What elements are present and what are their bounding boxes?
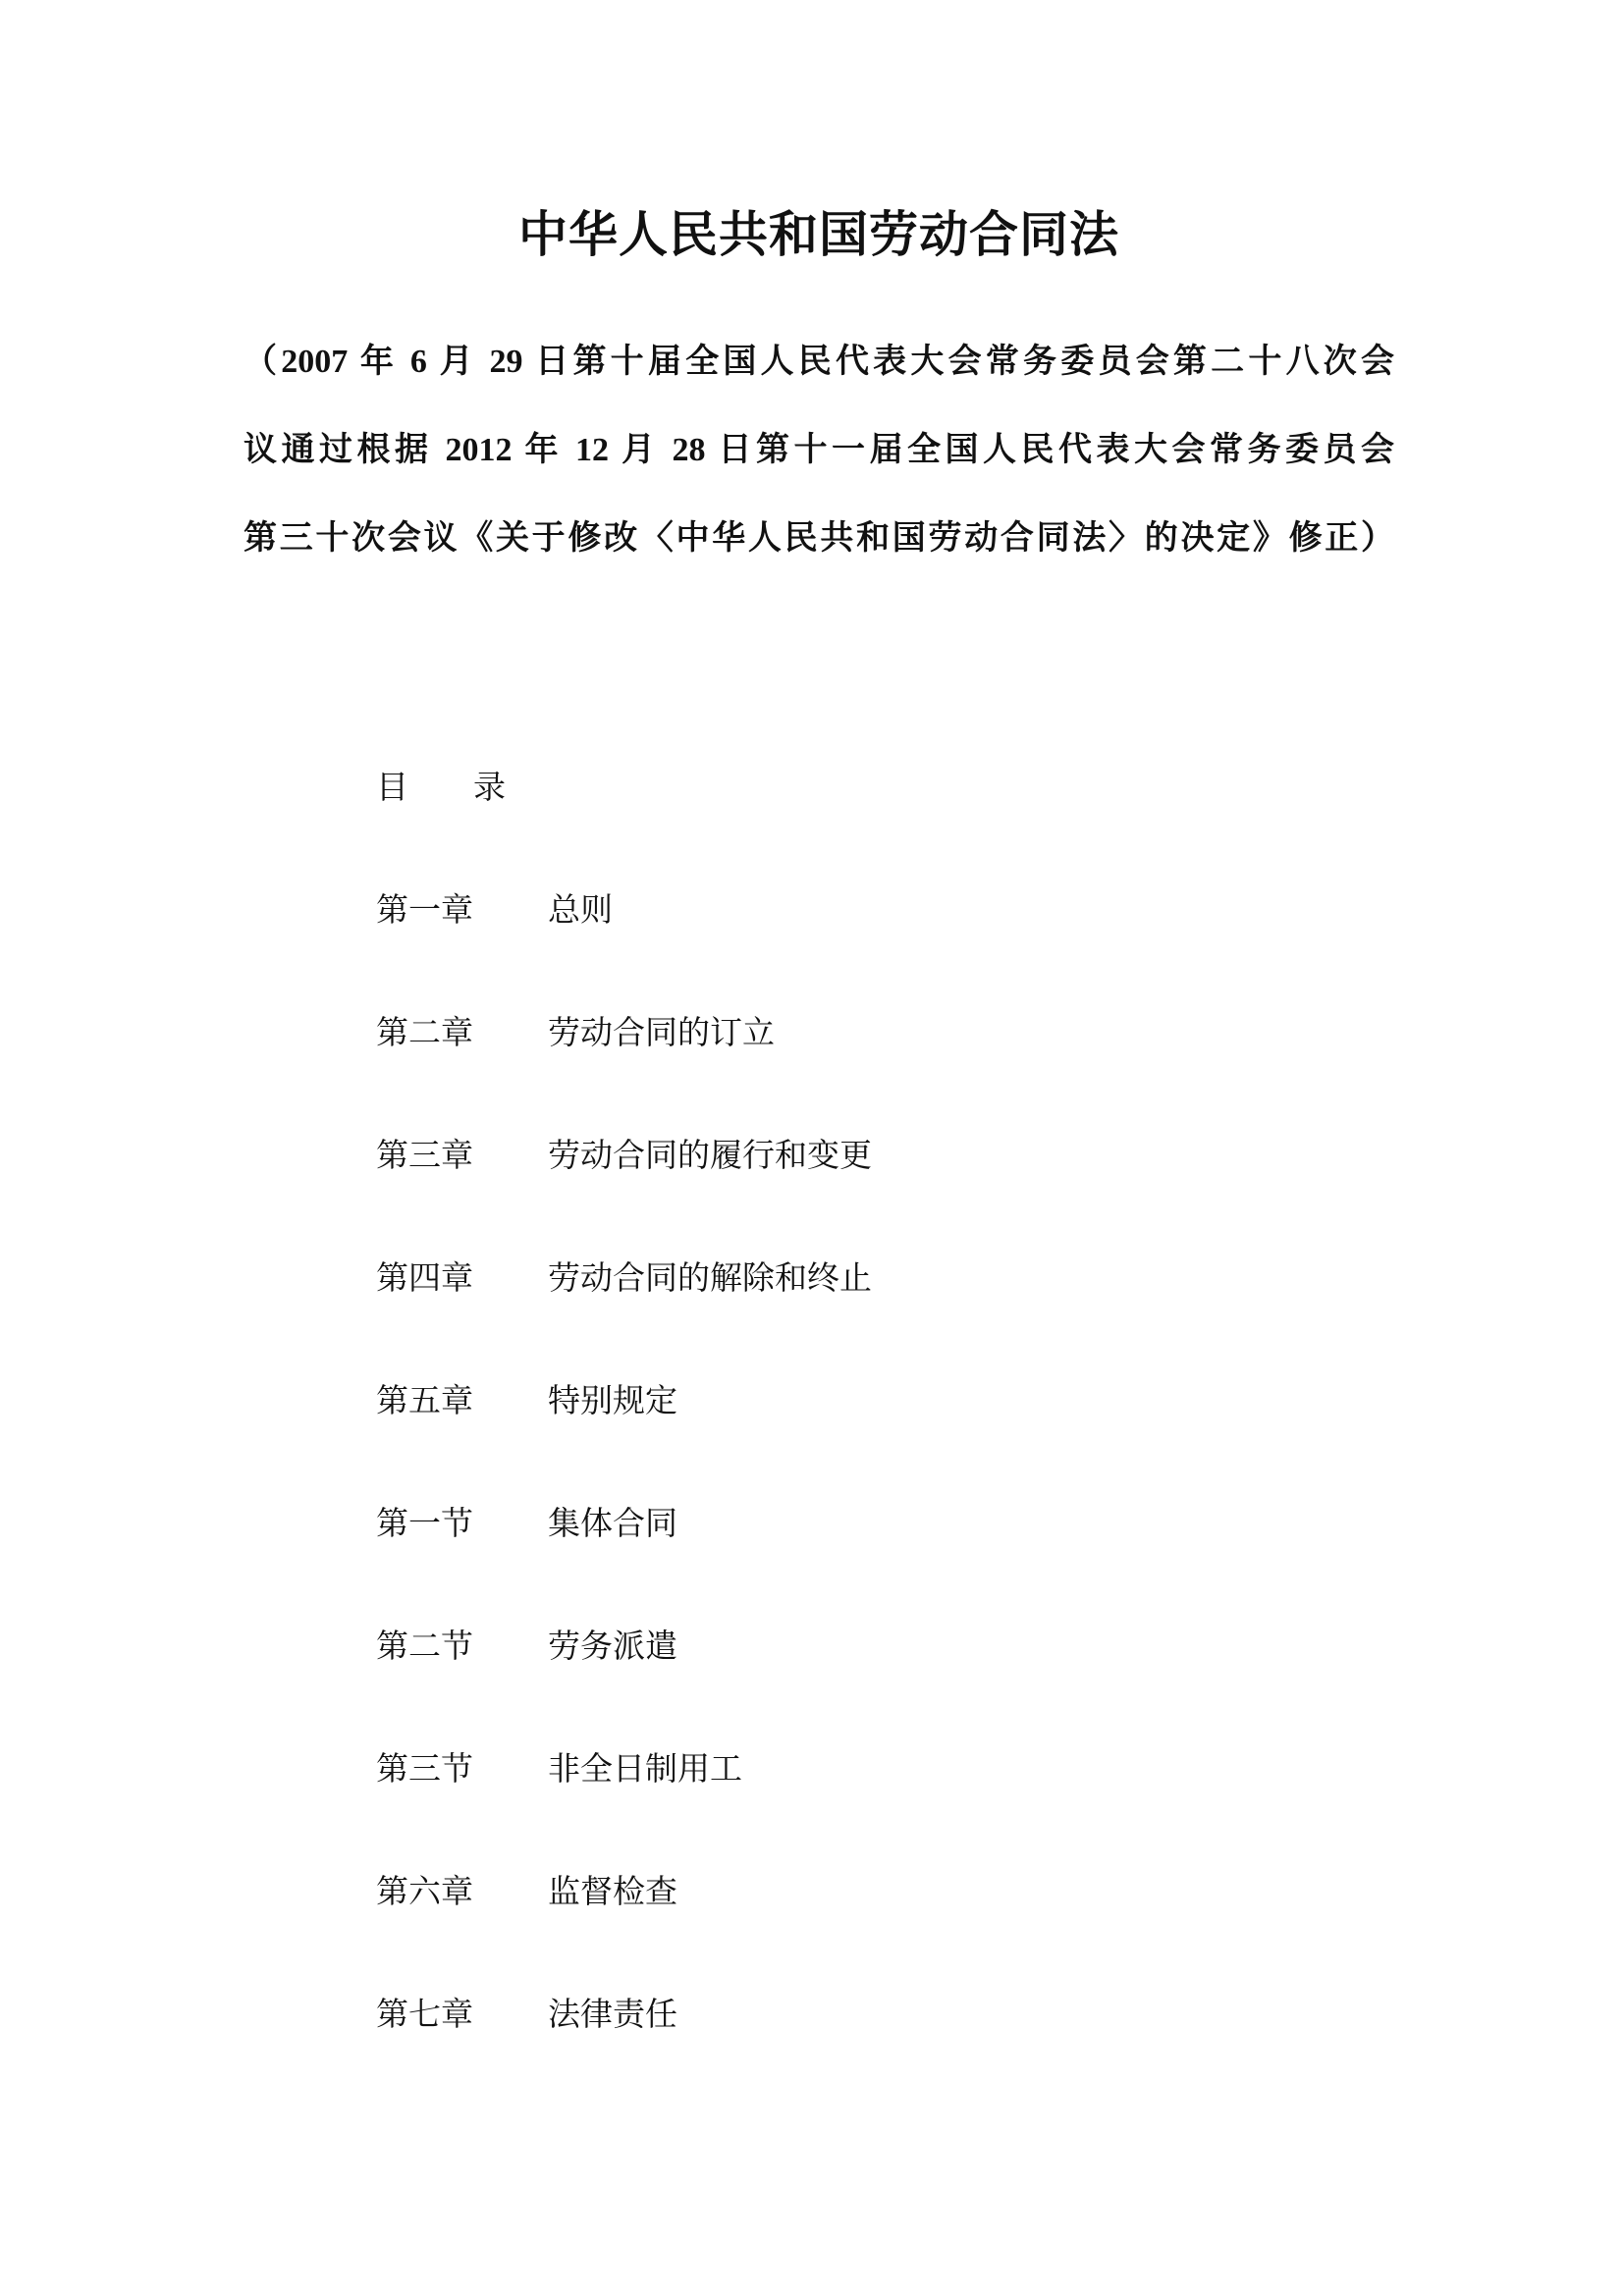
toc-item-label: 第四章 [376,1261,473,1297]
toc-item: 第三章劳动合同的履行和变更 [376,1095,872,1218]
toc-item-title: 非全日制用工 [548,1752,742,1788]
toc-item-label: 第一节 [376,1507,473,1542]
toc-item: 第一章总则 [376,850,872,973]
toc-item: 第六章监督检查 [376,1832,872,1954]
toc-item-title: 监督检查 [548,1875,677,1910]
enactment-note-line: 议通过根据 2012 年 12 月 28 日第十一届全国人民代表大会常务委员会 [243,406,1394,495]
toc-item-label: 第七章 [376,1998,473,2033]
toc-item: 第二节劳务派遣 [376,1586,872,1709]
toc-item-label: 第二节 [376,1629,473,1665]
toc-item-title: 劳动合同的订立 [548,1016,775,1051]
toc-item-label: 第三节 [376,1752,473,1788]
toc-item-title: 劳动合同的解除和终止 [548,1261,872,1297]
enactment-note-line: （2007 年 6 月 29 日第十届全国人民代表大会常务委员会第二十八次会 [243,318,1394,406]
enactment-note: （2007 年 6 月 29 日第十届全国人民代表大会常务委员会第二十八次会 议… [243,318,1394,583]
table-of-contents: 目 录 第一章总则 第二章劳动合同的订立 第三章劳动合同的履行和变更 第四章劳动… [376,727,872,2077]
document-title: 中华人民共和国劳动合同法 [243,205,1394,264]
toc-item: 第五章特别规定 [376,1341,872,1464]
toc-item-title: 总则 [548,893,613,929]
toc-item-title: 法律责任 [548,1998,677,2033]
toc-item-label: 第六章 [376,1875,473,1910]
toc-item-label: 第一章 [376,893,473,929]
toc-item-title: 集体合同 [548,1507,677,1542]
toc-item-title: 劳务派遣 [548,1629,677,1665]
toc-item-label: 第三章 [376,1139,473,1174]
toc-item: 第四章劳动合同的解除和终止 [376,1218,872,1341]
enactment-note-line: 第三十次会议《关于修改〈中华人民共和国劳动合同法〉的决定》修正） [243,495,1394,583]
toc-item-title: 特别规定 [548,1384,677,1419]
document-page: 中华人民共和国劳动合同法 （2007 年 6 月 29 日第十届全国人民代表大会… [0,0,1623,2296]
toc-item: 第七章法律责任 [376,1954,872,2077]
toc-item-label: 第五章 [376,1384,473,1419]
toc-item: 第二章劳动合同的订立 [376,973,872,1095]
toc-item: 第三节非全日制用工 [376,1709,872,1832]
toc-heading: 目 录 [376,727,872,850]
toc-item-title: 劳动合同的履行和变更 [548,1139,872,1174]
toc-list: 第一章总则 第二章劳动合同的订立 第三章劳动合同的履行和变更 第四章劳动合同的解… [376,850,872,2077]
toc-item-label: 第二章 [376,1016,473,1051]
toc-item: 第一节集体合同 [376,1464,872,1586]
